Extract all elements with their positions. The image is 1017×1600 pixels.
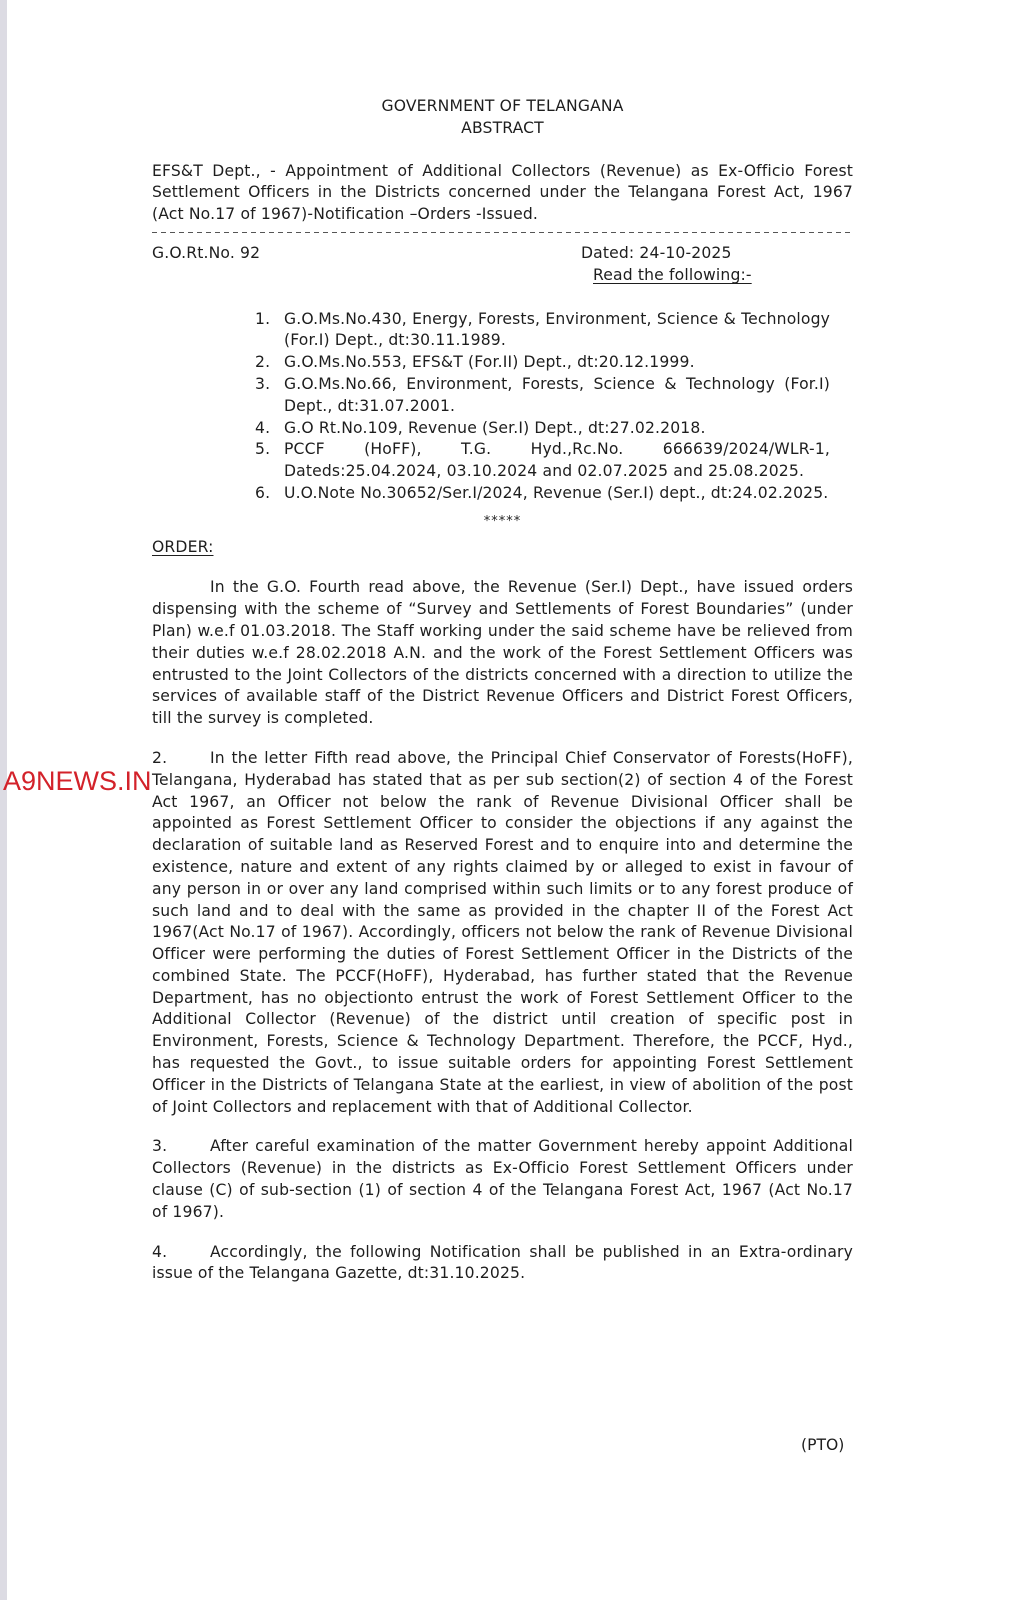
dated-block: Dated: 24-10-2025 Read the following:- bbox=[581, 243, 813, 287]
reference-item: 4.G.O Rt.No.109, Revenue (Ser.I) Dept., … bbox=[255, 418, 830, 440]
go-number: G.O.Rt.No. 92 bbox=[152, 243, 260, 287]
paragraph-text: After careful examination of the matter … bbox=[152, 1137, 853, 1220]
reference-item: 6.U.O.Note No.30652/Ser.I/2024, Revenue … bbox=[255, 483, 830, 505]
reference-number: 2. bbox=[255, 352, 270, 374]
paragraph-text: In the letter Fifth read above, the Prin… bbox=[152, 749, 853, 1116]
dated-text: Dated: 24-10-2025 bbox=[581, 243, 813, 265]
dashed-divider bbox=[152, 227, 853, 235]
page-edge bbox=[0, 0, 7, 1600]
paragraph-text: In the G.O. Fourth read above, the Reven… bbox=[152, 578, 853, 727]
order-paragraph: 2.In the letter Fifth read above, the Pr… bbox=[152, 748, 853, 1119]
reference-number: 6. bbox=[255, 483, 270, 505]
paragraph-text: Accordingly, the following Notification … bbox=[152, 1243, 853, 1283]
order-paragraph: In the G.O. Fourth read above, the Reven… bbox=[152, 577, 853, 730]
reference-text: G.O.Ms.No.553, EFS&T (For.II) Dept., dt:… bbox=[284, 353, 695, 371]
reference-item: 3.G.O.Ms.No.66, Environment, Forests, Sc… bbox=[255, 374, 830, 418]
page-turn-over-note: (PTO) bbox=[801, 1436, 844, 1454]
reference-number: 3. bbox=[255, 374, 270, 396]
order-paragraph: 3.After careful examination of the matte… bbox=[152, 1136, 853, 1223]
reference-number: 4. bbox=[255, 418, 270, 440]
reference-text: PCCF (HoFF), T.G. Hyd.,Rc.No. 666639/202… bbox=[284, 440, 830, 480]
order-heading: ORDER: bbox=[152, 537, 853, 559]
reference-row: G.O.Rt.No. 92 Dated: 24-10-2025 Read the… bbox=[152, 243, 853, 287]
subject-text: EFS&T Dept., - Appointment of Additional… bbox=[152, 161, 853, 226]
paragraph-number: 4. bbox=[152, 1242, 210, 1264]
reference-item: 1.G.O.Ms.No.430, Energy, Forests, Enviro… bbox=[255, 309, 830, 353]
watermark-logo: A9NEWS.IN bbox=[3, 766, 152, 797]
go-document: GOVERNMENT OF TELANGANA ABSTRACT EFS&T D… bbox=[152, 96, 853, 1301]
read-following-label: Read the following:- bbox=[581, 265, 813, 287]
reference-text: G.O Rt.No.109, Revenue (Ser.I) Dept., dt… bbox=[284, 419, 706, 437]
reference-text: G.O.Ms.No.430, Energy, Forests, Environm… bbox=[284, 310, 830, 350]
reference-text: U.O.Note No.30652/Ser.I/2024, Revenue (S… bbox=[284, 484, 828, 502]
paragraph-number: 3. bbox=[152, 1136, 210, 1158]
paragraph-number: 2. bbox=[152, 748, 210, 770]
reference-text: G.O.Ms.No.66, Environment, Forests, Scie… bbox=[284, 375, 830, 415]
order-paragraph: 4.Accordingly, the following Notificatio… bbox=[152, 1242, 853, 1286]
section-separator: ***** bbox=[152, 511, 853, 533]
abstract-heading: ABSTRACT bbox=[152, 118, 853, 140]
reference-item: 2.G.O.Ms.No.553, EFS&T (For.II) Dept., d… bbox=[255, 352, 830, 374]
reference-number: 5. bbox=[255, 439, 270, 461]
reference-item: 5.PCCF (HoFF), T.G. Hyd.,Rc.No. 666639/2… bbox=[255, 439, 830, 483]
reference-number: 1. bbox=[255, 309, 270, 331]
references-list: 1.G.O.Ms.No.430, Energy, Forests, Enviro… bbox=[255, 309, 830, 505]
government-heading: GOVERNMENT OF TELANGANA bbox=[152, 96, 853, 118]
